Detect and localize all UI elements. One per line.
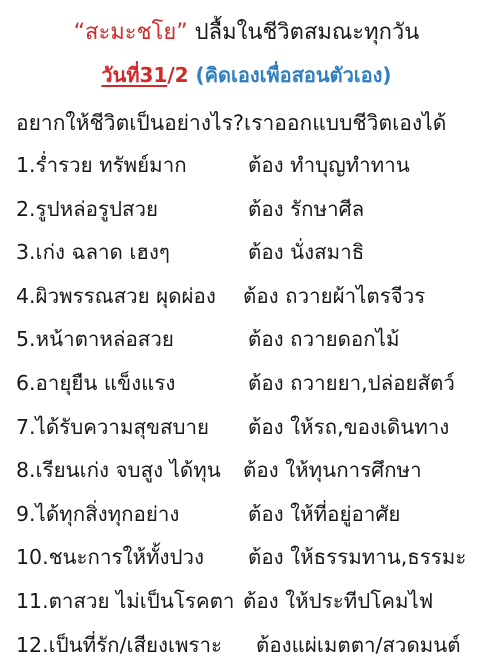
list-item: 8.เรียนเก่ง จบสูง ได้ทุน ต้อง ให้ทุนการศ…: [0, 455, 493, 499]
list-item: 1.ร่ำรวย ทรัพย์มาก ต้อง ทำบุญทำทาน: [0, 150, 493, 194]
must-text: ต้อง ให้ประทีปโคมไฟ: [243, 586, 433, 616]
wish-list: 1.ร่ำรวย ทรัพย์มาก ต้อง ทำบุญทำทาน 2.รูป…: [0, 150, 493, 666]
wish-text: 9.ได้ทุกสิ่งทุกอย่าง: [16, 499, 179, 529]
wish-text: 3.เก่ง ฉลาด เฮงๆ: [16, 237, 170, 267]
list-item: 7.ได้รับความสุขสบาย ต้อง ให้รถ,ของเดินทา…: [0, 412, 493, 456]
wish-text: 5.หน้าตาหล่อสวย: [16, 324, 174, 354]
list-item: 10.ชนะการให้ทั้งปวง ต้อง ให้ธรรมทาน,ธรรม…: [0, 542, 493, 586]
must-text: ต้อง รักษาศีล: [248, 194, 364, 224]
date-day: วันที่31: [101, 63, 167, 87]
list-item: 4.ผิวพรรณสวย ผุดผ่อง ต้อง ถวายผ้าไตรจีวร: [0, 281, 493, 325]
must-text: ต้อง ให้รถ,ของเดินทาง: [248, 412, 449, 442]
wish-text: 7.ได้รับความสุขสบาย: [16, 412, 209, 442]
subtitle-parenthetical: (คิดเองเพื่อสอนตัวเอง): [189, 63, 392, 87]
list-item: 5.หน้าตาหล่อสวย ต้อง ถวายดอกไม้: [0, 324, 493, 368]
must-text: ต้อง ให้ที่อยู่อาศัย: [248, 499, 400, 529]
list-item: 2.รูปหล่อรูปสวย ต้อง รักษาศีล: [0, 194, 493, 238]
date-month: /2: [167, 63, 188, 87]
must-text: ต้อง ให้ทุนการศึกษา: [243, 455, 422, 485]
wish-text: 12.เป็นที่รัก/เสียงเพราะ: [16, 630, 222, 660]
title-rest: ปลื้มในชีวิตสมณะทุกวัน: [188, 20, 420, 45]
list-item: 3.เก่ง ฉลาด เฮงๆ ต้อง นั่งสมาธิ: [0, 237, 493, 281]
must-text: ต้อง นั่งสมาธิ: [248, 237, 364, 267]
wish-text: 6.อายุยืน แข็งแรง: [16, 368, 175, 398]
must-text: ต้อง ถวายผ้าไตรจีวร: [243, 281, 425, 311]
wish-text: 10.ชนะการให้ทั้งปวง: [16, 542, 204, 572]
wish-text: 1.ร่ำรวย ทรัพย์มาก: [16, 150, 187, 180]
title-quoted-word: “สะมะชโย”: [74, 20, 188, 45]
wish-text: 8.เรียนเก่ง จบสูง ได้ทุน: [16, 455, 221, 485]
must-text: ต้อง ทำบุญทำทาน: [248, 150, 410, 180]
must-text: ต้อง ถวายยา,ปล่อยสัตว์: [248, 368, 455, 398]
wish-text: 2.รูปหล่อรูปสวย: [16, 194, 158, 224]
date-subtitle: วันที่31/2 (คิดเองเพื่อสอนตัวเอง): [0, 60, 493, 90]
must-text: ต้อง ให้ธรรมทาน,ธรรมะ: [248, 542, 466, 572]
wish-text: 4.ผิวพรรณสวย ผุดผ่อง: [16, 281, 216, 311]
wish-text: 11.ตาสวย ไม่เป็นโรคตา: [16, 586, 234, 616]
page-title: “สะมะชโย” ปลื้มในชีวิตสมณะทุกวัน: [0, 18, 493, 48]
list-item: 9.ได้ทุกสิ่งทุกอย่าง ต้อง ให้ที่อยู่อาศั…: [0, 499, 493, 543]
list-item: 6.อายุยืน แข็งแรง ต้อง ถวายยา,ปล่อยสัตว์: [0, 368, 493, 412]
list-item: 12.เป็นที่รัก/เสียงเพราะ ต้องแผ่เมตตา/สว…: [0, 630, 493, 666]
must-text: ต้องแผ่เมตตา/สวดมนต์: [256, 630, 461, 660]
must-text: ต้อง ถวายดอกไม้: [248, 324, 399, 354]
list-item: 11.ตาสวย ไม่เป็นโรคตา ต้อง ให้ประทีปโคมไ…: [0, 586, 493, 630]
intro-question: อยากให้ชีวิตเป็นอย่างไร?เราออกแบบชีวิตเอ…: [16, 108, 493, 138]
